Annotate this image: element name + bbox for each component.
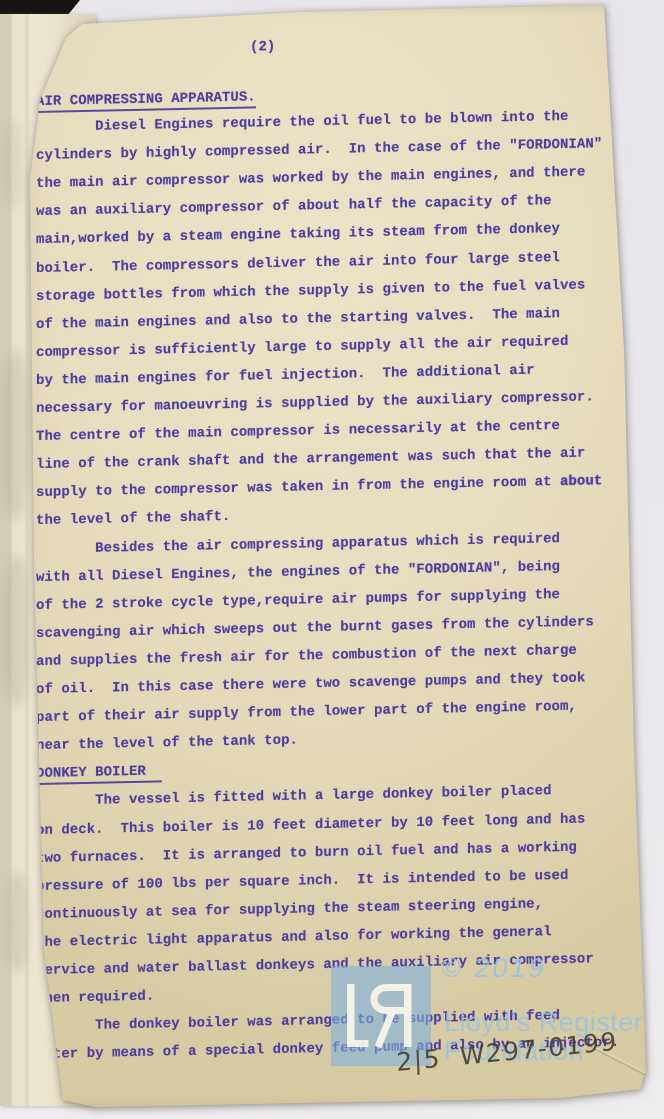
typed-line: The vessel is fitted with a large donkey… (36, 784, 552, 814)
typed-line: The centre of the main compressor is nec… (36, 418, 560, 448)
typed-line: storage bottles from which the supply is… (36, 277, 585, 308)
typed-line: of the main engines and also to the star… (36, 306, 560, 336)
typed-line: the level of the shaft. (36, 509, 230, 532)
typed-line: of oil. In this case there were two scav… (36, 670, 585, 701)
document-paper: (2) AIR COMPRESSING APPARATUS. Diesel En… (0, 0, 664, 1119)
typed-line: the electric light apparatus and also fo… (36, 924, 552, 954)
section-heading: DONKEY BOILER (36, 764, 162, 786)
typed-line: with all Diesel Engines, the engines of … (36, 559, 560, 589)
typed-line: when required. (36, 989, 154, 1010)
scanned-document-page: (2) AIR COMPRESSING APPARATUS. Diesel En… (0, 0, 664, 1119)
typed-line: Diesel Engines require the oil fuel to b… (36, 109, 568, 139)
typed-line: Besides the air compressing apparatus wh… (36, 531, 560, 561)
typed-line: of the 2 stroke cycle type,require air p… (36, 587, 560, 617)
typed-line: necessary for manoeuvring is supplied by… (36, 389, 594, 420)
page-shadow-wrap: (2) AIR COMPRESSING APPARATUS. Diesel En… (0, 0, 664, 1119)
typed-text: (2) AIR COMPRESSING APPARATUS. Diesel En… (36, 82, 622, 1094)
typed-line: pressure of 100 lbs per square inch. It … (36, 868, 568, 898)
typed-line: supply to the compressor was taken in fr… (36, 473, 602, 504)
typed-line: main,worked by a steam engine taking its… (36, 221, 560, 251)
typed-line: part of their air supply from the lower … (36, 699, 577, 729)
typed-line: two furnaces. It is arranged to burn oil… (36, 839, 577, 869)
typed-line: boiler. The compressors deliver the air … (36, 250, 560, 280)
typed-line: by the main engines for fuel injection. … (36, 362, 535, 391)
section-heading: AIR COMPRESSING APPARATUS. (36, 89, 256, 113)
typed-line: and supplies the fresh air for the combu… (36, 643, 577, 673)
typed-line: cylinders by highly compressed air. In t… (36, 136, 602, 167)
typed-line: scavenging air which sweeps out the burn… (36, 614, 594, 645)
typed-line: near the level of the tank top. (36, 733, 298, 757)
typed-line: continuously at sea for supplying the st… (36, 896, 543, 926)
typed-line: line of the crank shaft and the arrangem… (36, 446, 585, 477)
typed-line: was an auxiliary compressor of about hal… (36, 193, 552, 223)
typed-line: the main air compressor was worked by th… (36, 165, 585, 196)
page-number: (2) (250, 39, 275, 56)
typed-line: compressor is sufficiently large to supp… (36, 334, 568, 364)
typed-line: on deck. This boiler is 10 feet diameter… (36, 811, 585, 842)
watermark-copyright: © 2019 (441, 953, 546, 984)
